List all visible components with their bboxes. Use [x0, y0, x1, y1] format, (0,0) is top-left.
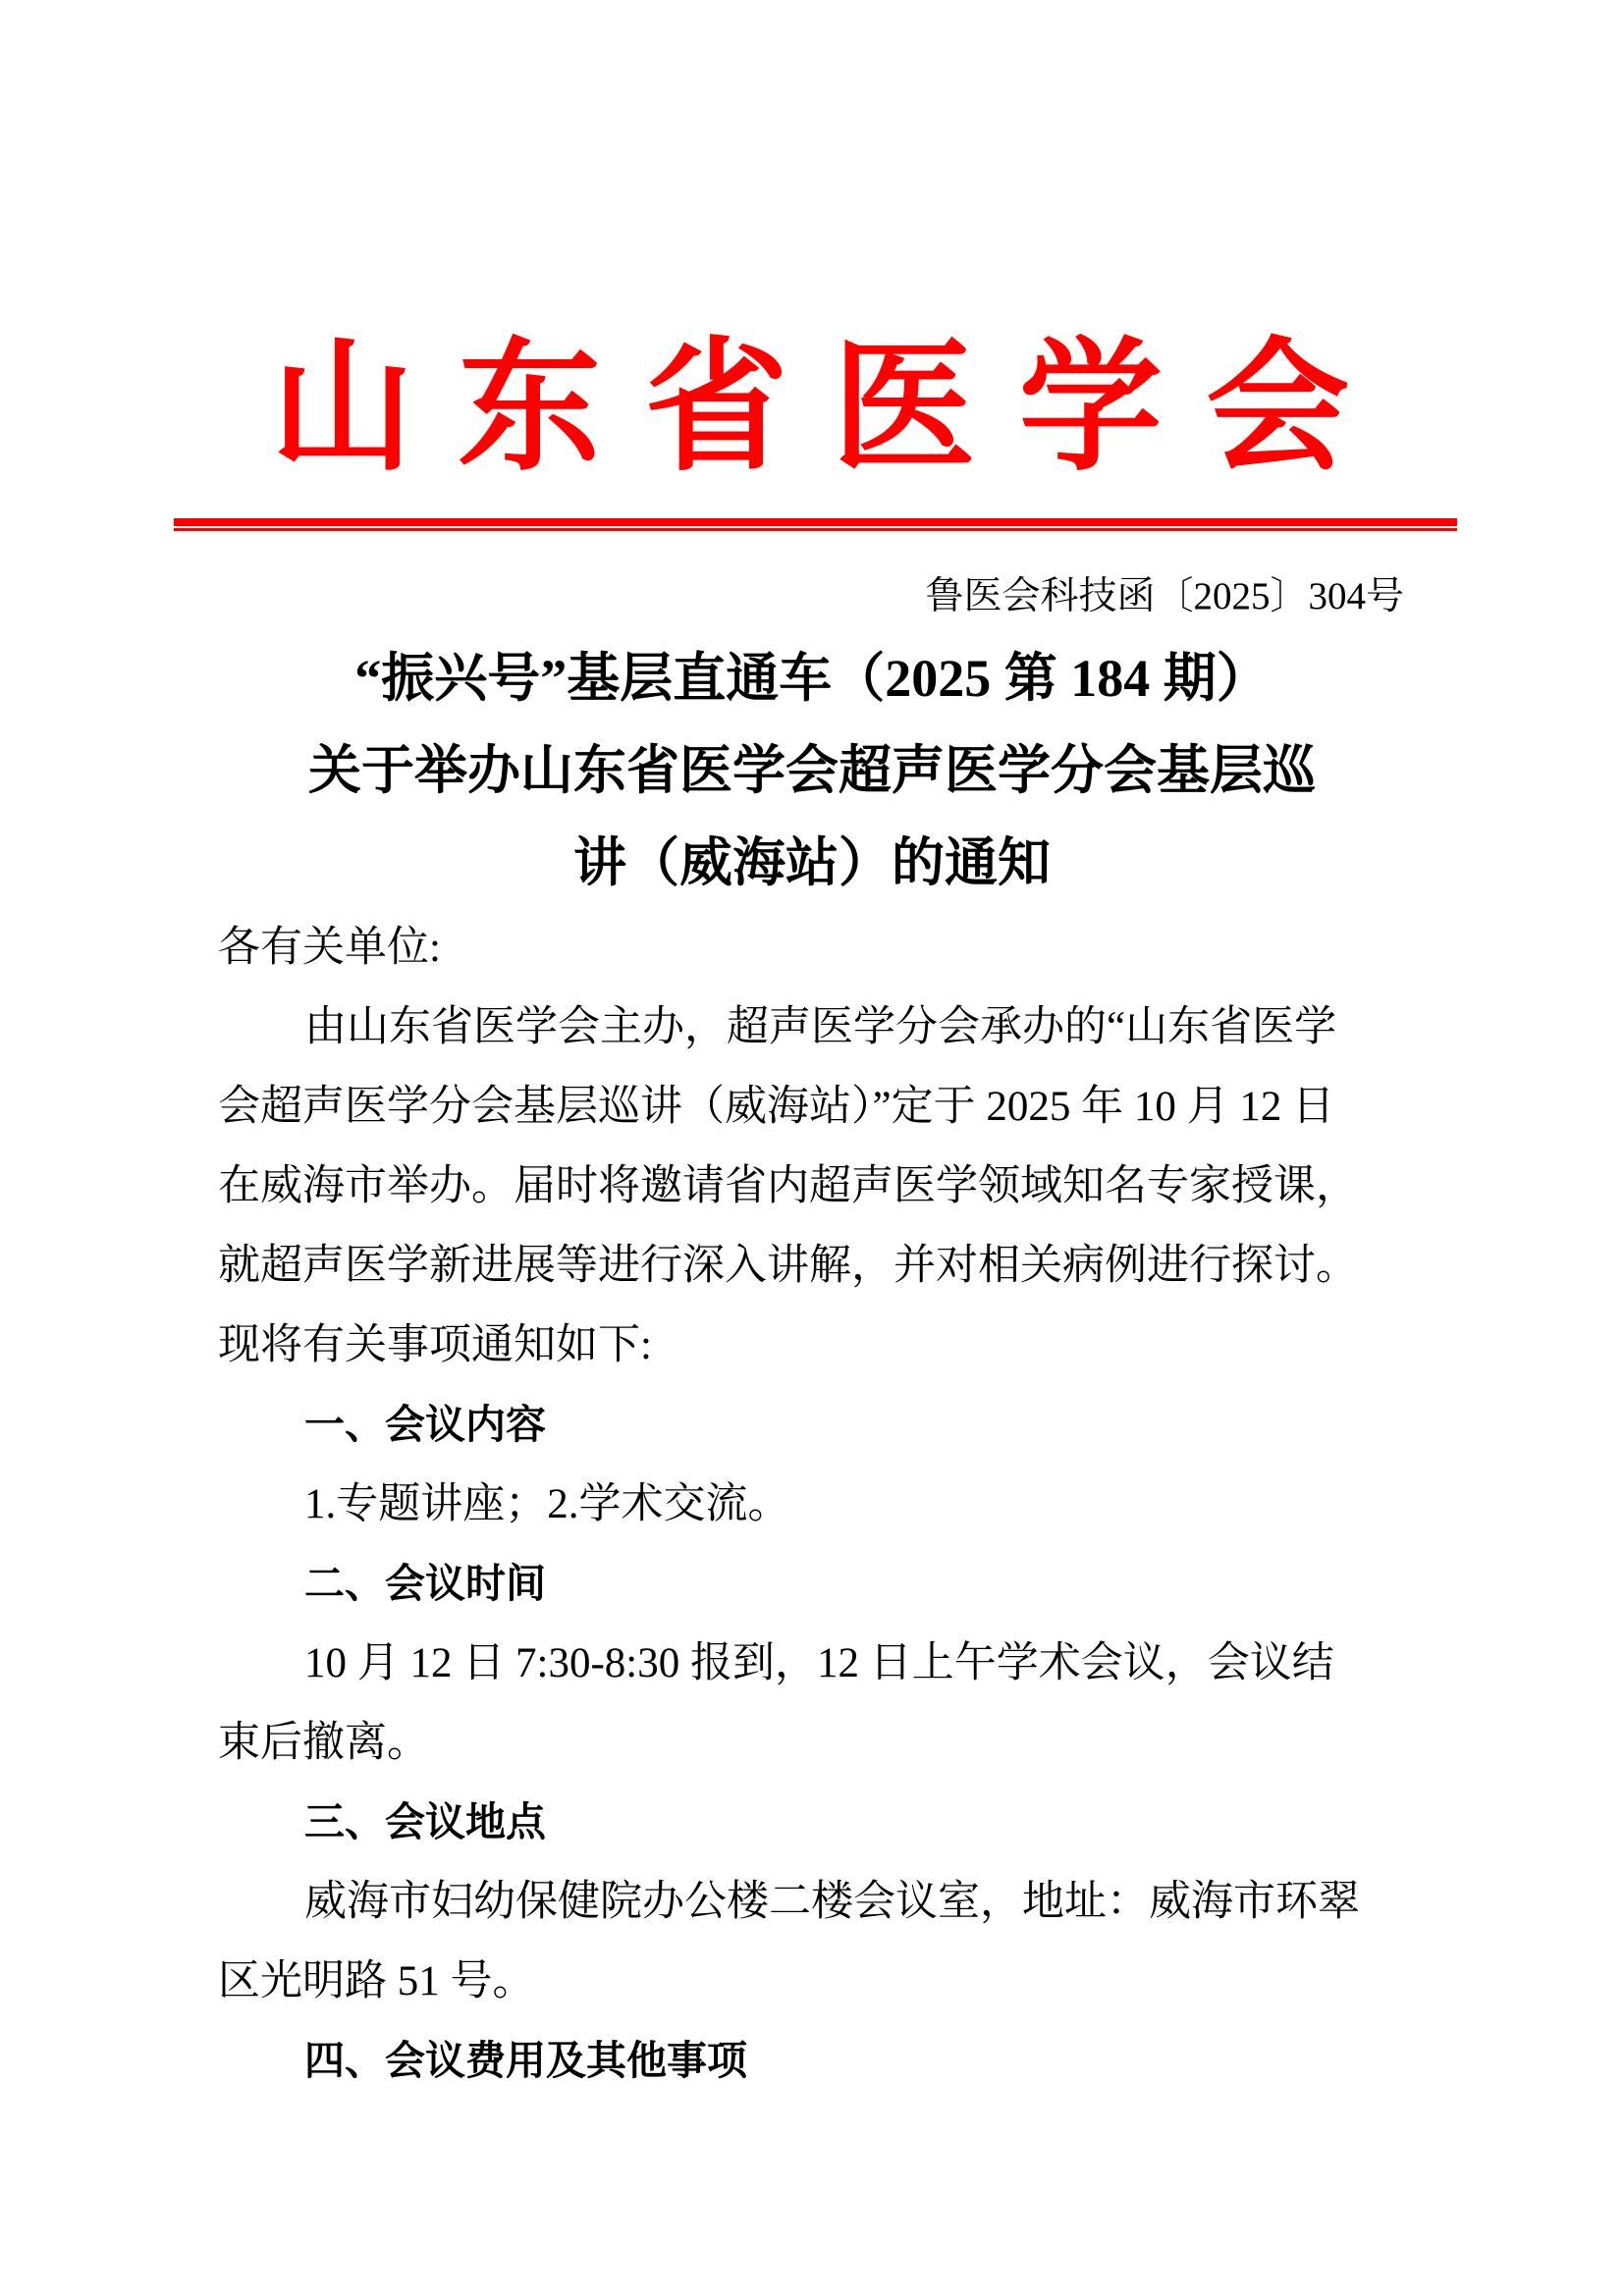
body-line: 由山东省医学会主办，超声医学分会承办的“山东省医学: [218, 988, 1404, 1067]
body-line: 就超声医学新进展等进行深入讲解，并对相关病例进行探讨。: [218, 1226, 1404, 1306]
body-line: 现将有关事项通知如下:: [218, 1306, 1404, 1385]
section-heading: 一、会议内容: [218, 1385, 1404, 1465]
notice-document-page: 山 东 省 医 学 会 鲁医会科技函〔2025〕304号 “振兴号”基层直通车（…: [0, 0, 1624, 2296]
body-line: 在威海市举办。届时将邀请省内超声医学领域知名专家授课，: [218, 1147, 1404, 1226]
body-line: 各有关单位:: [218, 908, 1404, 988]
notice-title-line-2: 关于举办山东省医学会超声医学分会基层巡: [0, 724, 1624, 817]
body-line: 会超声医学分会基层巡讲（威海站）”定于 2025 年 10 月 12 日: [218, 1067, 1404, 1147]
body-line: 威海市妇幼保健院办公楼二楼会议室，地址：威海市环翠: [218, 1862, 1404, 1942]
organization-letterhead-title: 山 东 省 医 学 会: [0, 330, 1624, 487]
body-line: 区光明路 51 号。: [218, 1942, 1404, 2021]
body-lines: 各有关单位:由山东省医学会主办，超声医学分会承办的“山东省医学会超声医学分会基层…: [218, 908, 1404, 2101]
body-line: 束后撤离。: [218, 1703, 1404, 1783]
letterhead-divider-rule: [174, 518, 1457, 531]
notice-title-line-3: 讲（威海站）的通知: [0, 817, 1624, 909]
section-heading: 四、会议费用及其他事项: [218, 2021, 1404, 2101]
section-heading: 二、会议时间: [218, 1544, 1404, 1624]
document-reference-number: 鲁医会科技函〔2025〕304号: [218, 575, 1404, 618]
notice-title: “振兴号”基层直通车（2025 第 184 期） 关于举办山东省医学会超声医学分…: [0, 632, 1624, 909]
body-line: 10 月 12 日 7:30-8:30 报到，12 日上午学术会议，会议结: [218, 1624, 1404, 1703]
body-line: 1.专题讲座；2.学术交流。: [218, 1465, 1404, 1544]
section-heading: 三、会议地点: [218, 1783, 1404, 1862]
notice-title-line-1: “振兴号”基层直通车（2025 第 184 期）: [0, 632, 1624, 724]
